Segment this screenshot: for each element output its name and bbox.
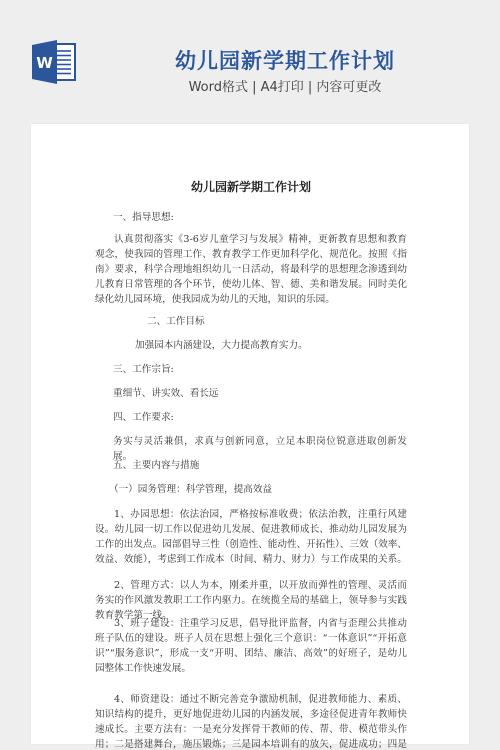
list-item: 4、师资建设：通过不断完善竞争激励机制，促进教师能力、素质、知识结构的提升，更好… (95, 692, 407, 750)
word-icon: W (31, 40, 77, 84)
section-heading: 二、工作目标 (147, 314, 407, 329)
section-heading: 五、主要内容与措施 (113, 458, 407, 473)
svg-text:W: W (36, 54, 53, 72)
page-header: W 幼儿园新学期工作计划 Word格式 | A4打印 | 内容可更改 (0, 0, 500, 110)
subsection-heading: （一）园务管理：科学管理，提高效益 (109, 482, 407, 497)
list-item: 1、办园思想：依法治园，严格按标准收费；依法治教，注重行风建设。幼儿园一切工作以… (95, 507, 407, 567)
page-subtitle: Word格式 | A4打印 | 内容可更改 (150, 76, 420, 95)
paragraph: 重细节、讲实效、看长远 (113, 386, 407, 401)
paragraph: 加强园本内涵建设，大力提高教育实力。 (135, 338, 407, 353)
section-heading: 四、工作要求: (113, 410, 407, 425)
paragraph: 认真贯彻落实《3-6岁儿童学习与发展》精神，更新教育思想和教育观念，使我园的管理… (95, 232, 407, 307)
document-title: 幼儿园新学期工作计划 (95, 180, 407, 195)
list-item: 3、班子建设：注重学习反思，倡导批评监督，内省与歪理公共推动班子队伍的建设。班子… (95, 616, 407, 676)
section-heading: 三、工作宗旨: (113, 362, 407, 377)
page-title: 幼儿园新学期工作计划 (150, 45, 420, 75)
document-page: 幼儿园新学期工作计划 一、指导思想: 认真贯彻落实《3-6岁儿童学习与发展》精神… (31, 124, 469, 744)
section-heading: 一、指导思想: (113, 210, 407, 225)
